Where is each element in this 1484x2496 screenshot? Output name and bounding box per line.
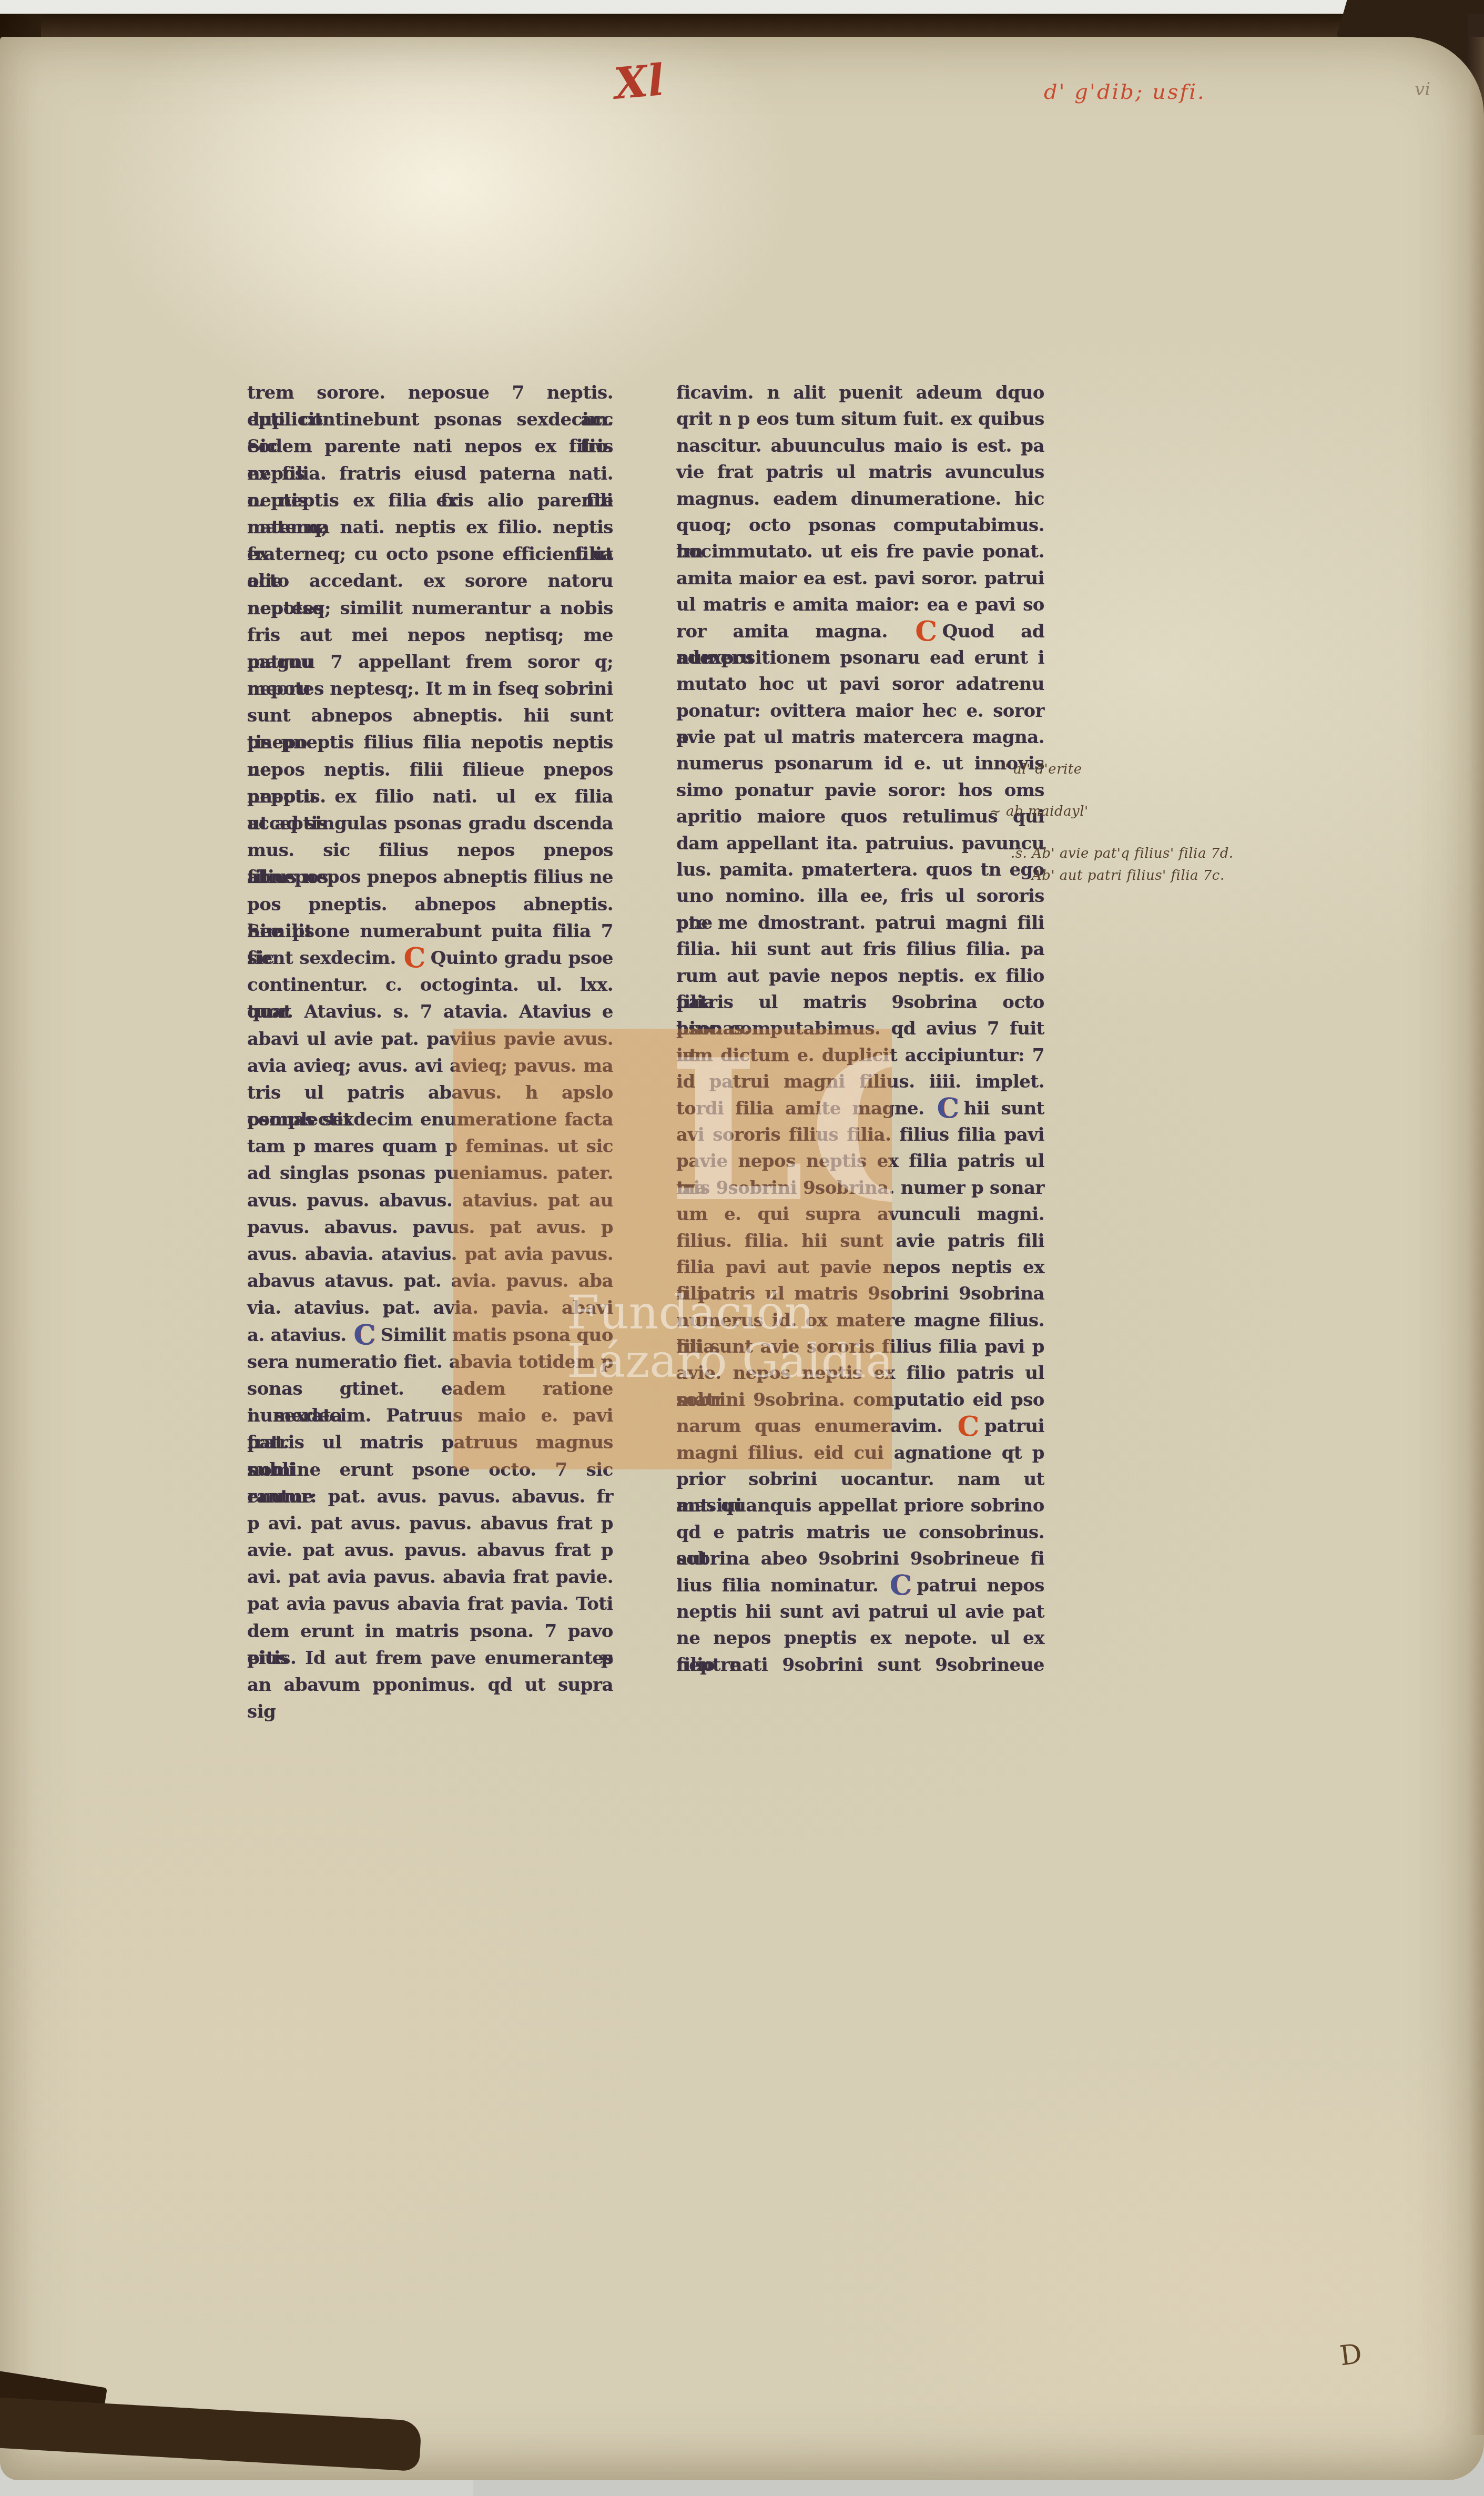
text-line: avie pat ul matris matercera magna. bbox=[676, 724, 1044, 750]
quire-signature-mark: D bbox=[1338, 2338, 1364, 2372]
text-line: filio nati 9sobrini sunt 9sobrineue bbox=[676, 1652, 1044, 1678]
text-line: dam appellant ita. patruius. pavuncu bbox=[676, 830, 1044, 857]
text-line: adexpositionem psonaru ead erunt i bbox=[676, 645, 1044, 671]
text-line: epti continebunt psonas sexdecim. Sic fr… bbox=[247, 407, 613, 433]
text-line: fraterneq; cu octo psone efficient ut al… bbox=[247, 541, 613, 568]
text-line: quoq; octo psonas computabimus. hoc bbox=[676, 512, 1044, 539]
text-line: apritio maiore quos retulimus qui bbox=[676, 804, 1044, 830]
running-title-rubric: d' g'dib; usfi. bbox=[1044, 80, 1206, 104]
text-line: magnu 7 appellant frem soror q; meoru bbox=[247, 649, 613, 676]
text-line: ficavim. n alit puenit adeum dquo bbox=[676, 380, 1044, 406]
text-line: tis pneptis filius filia nepotis neptis … bbox=[247, 729, 613, 756]
text-line: ne nepos pneptis ex nepote. ul ex neptre bbox=[676, 1625, 1044, 1651]
text-line: qrit n p eos tum situm fuit. ex quibus bbox=[676, 406, 1044, 432]
text-line: pitis. Id aut frem pave enumerantes bbox=[247, 1645, 613, 1672]
text-line: octo accedant. ex sorore natoru nepotes bbox=[247, 568, 613, 595]
text-line: p avi. pat avus. pavus. abavus frat p bbox=[247, 1510, 613, 1537]
library-watermark: LG Fundación Lázaro Galdiano bbox=[453, 1029, 892, 1469]
text-line: pat avia pavus abavia frat pavia. Toti bbox=[247, 1591, 613, 1618]
folio-number: vi bbox=[1415, 79, 1430, 100]
capitulum-initial-blue: C bbox=[936, 1092, 963, 1124]
text-line: ponatur: ovittera maior hec e. soror p bbox=[676, 698, 1044, 724]
text-line: mutato hoc ut pavi soror adatrenu bbox=[676, 671, 1044, 697]
capitulum-initial-blue: C bbox=[889, 1569, 917, 1601]
text-line: continentur. c. octoginta. ul. lxx. quat bbox=[247, 972, 613, 999]
text-line: avie. pat avus. pavus. abavus frat p bbox=[247, 1537, 613, 1564]
text-line: tm immutato. ut eis fre pavie ponat. bbox=[676, 539, 1044, 565]
text-line: uno nomino. illa ee, fris ul sororis pne bbox=[676, 883, 1044, 909]
text-line: filius nepos pnepos abneptis filius ne bbox=[247, 864, 613, 891]
text-line: sobrina abeo 9sobrini 9sobrineue fi bbox=[676, 1546, 1044, 1572]
text-line: vie frat patris ul matris avunculus bbox=[676, 459, 1044, 485]
text-line: neptesq; similit numerantur a nobis bbox=[247, 595, 613, 622]
watermark-text-line1: Fundación bbox=[567, 1285, 814, 1340]
margin-note: Ab' aut patri filius' filia 7c. bbox=[1032, 868, 1225, 884]
margin-note: " al' d'erite bbox=[1002, 762, 1082, 777]
text-line: rantur: pat. avus. pavus. abavus. fr bbox=[247, 1484, 613, 1510]
text-line: filia. hii sunt aut fris filius filia. p… bbox=[676, 936, 1044, 962]
text-line: magnus. eadem dinumeratione. hic bbox=[676, 486, 1044, 512]
text-line: pte me dmostrant. patrui magni fili bbox=[676, 910, 1044, 936]
text-line: pos pneptis. abnepos abneptis. Similit bbox=[247, 891, 613, 918]
capitulum-initial-red: C bbox=[957, 1411, 984, 1443]
text-line: nepotu ex filio nati. ul ex filia accept… bbox=[247, 784, 613, 810]
text-line: neptis hii sunt avi patrui ul avie pat bbox=[676, 1599, 1044, 1625]
text-line: materna nati. neptis ex filio. neptis ex… bbox=[247, 514, 613, 541]
text-line: patris ul matris 9sobrina octo psonas. bbox=[676, 989, 1044, 1016]
text-line: nepos neptis. filii filieue pnepos pnept… bbox=[247, 757, 613, 784]
capitulum-initial-red: C bbox=[914, 615, 942, 647]
manuscript-scan: Xl d' g'dib; usfi. vi trem sorore. nepos… bbox=[0, 0, 1484, 2496]
text-line: ul matris e amita maior: ea e pavi so bbox=[676, 592, 1044, 618]
text-line: qd e patris matris ue consobrinus. aut bbox=[676, 1519, 1044, 1546]
capitulum-initial-blue: C bbox=[352, 1319, 380, 1351]
text-line: eodem parente nati nepos ex filio. nepos bbox=[247, 433, 613, 460]
text-line: o. neptis ex filia fris alio parente nat… bbox=[247, 488, 613, 514]
page-fore-edge-shadow bbox=[1469, 37, 1484, 2435]
text-line: lus. pamita. pmatertera. quos tn ego bbox=[676, 857, 1044, 883]
text-line: hee psone numerabunt puita filia 7 sic bbox=[247, 918, 613, 945]
text-line: dem erunt in matris psona. 7 pavo eius p bbox=[247, 1618, 613, 1645]
text-line: tuor. Atavius. s. 7 atavia. Atavius e bbox=[247, 999, 613, 1026]
text-line: rum aut pavie nepos neptis. ex filio fil… bbox=[676, 963, 1044, 989]
text-line: fient sexdecim. CQuinto gradu psoe bbox=[247, 945, 613, 972]
quire-numeral: Xl bbox=[612, 55, 666, 109]
margin-note: .s. Ab' avie pat'q filius' filia 7d. bbox=[1011, 846, 1234, 861]
text-line: fris aut mei nepos neptisq; me patruu bbox=[247, 622, 613, 649]
text-line: ut ad singulas psonas gradu dscenda bbox=[247, 810, 613, 837]
text-line: lius filia nominatur. Cpatrui nepos bbox=[676, 1572, 1044, 1599]
text-line: nepotes neptesq;. It m in fseq sobrini bbox=[247, 676, 613, 703]
watermark-text-line2: Lázaro Galdiano bbox=[567, 1334, 892, 1388]
watermark-monogram: LG bbox=[668, 1034, 892, 1229]
text-line: simo ponatur pavie soror: hos oms bbox=[676, 777, 1044, 804]
text-line: numerus psonarum id e. ut innovis bbox=[676, 750, 1044, 777]
text-line: trem sorore. neposue 7 neptis. duplicit … bbox=[247, 380, 613, 407]
text-line: an abavum pponimus. qd ut supra sig bbox=[247, 1672, 613, 1699]
text-line: avi. pat avia pavus. abavia frat pavie. bbox=[247, 1564, 613, 1591]
text-line: mus. sic filius nepos pnepos abnepos. bbox=[247, 837, 613, 864]
text-line: ror amita magna. CQuod ad numeru bbox=[676, 618, 1044, 645]
text-line: sunt abnepos abneptis. hii sunt pnepo bbox=[247, 703, 613, 729]
text-line: ex filia. fratris eiusd paterna nati. ne… bbox=[247, 461, 613, 488]
text-line: amita maior ea est. pavi soror. patrui bbox=[676, 565, 1044, 592]
margin-note: ~ ab maidayl' bbox=[990, 804, 1089, 819]
capitulum-initial-red: C bbox=[402, 942, 430, 974]
text-line: nascitur. abuunculus maio is est. pa bbox=[676, 433, 1044, 459]
text-line: ant. quanquis appellat priore sobrino bbox=[676, 1493, 1044, 1519]
text-line: prior sobrini uocantur. nam ut masiui bbox=[676, 1466, 1044, 1493]
